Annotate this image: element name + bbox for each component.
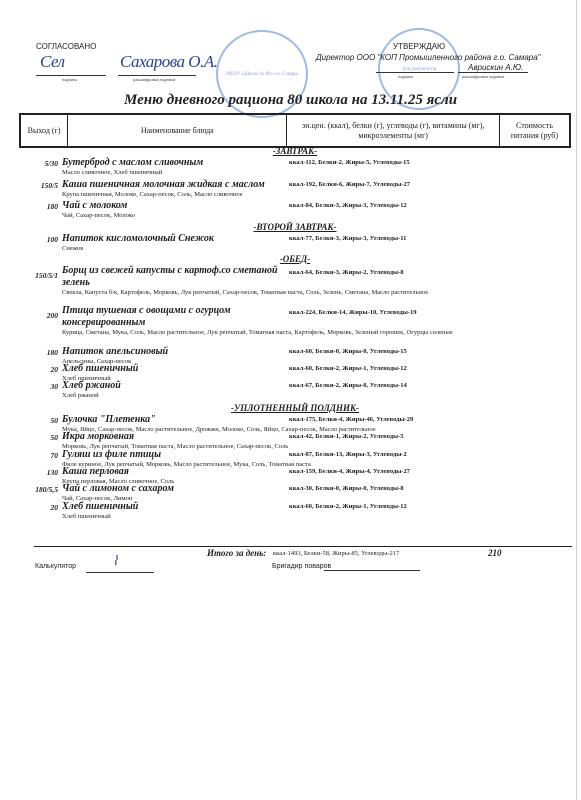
right-name-line [458, 72, 528, 73]
dish-output: 50 [0, 433, 58, 442]
dish-name: Хлеб пшеничный [62, 501, 292, 513]
dish-nutrition: ккал-60, Белки-2, Жиры-1, Углеводы-12 [289, 365, 407, 372]
dish-name: Икра морковная [62, 431, 292, 443]
dish-name: Чай с молоком [62, 200, 292, 212]
dish-composition: Масло сливочное, Хлеб пшеничный [62, 169, 502, 178]
calculator-signature: ⌇ [112, 553, 118, 569]
dish-composition: Хлеб ржаной [62, 392, 502, 401]
total-nutrition: ккал-1493, Белки-58, Жиры-85, Углеводы-2… [273, 550, 399, 557]
dish-nutrition: ккал-224, Белки-14, Жиры-10, Углеводы-19 [289, 309, 416, 316]
section-title: -ЗАВТРАК- [70, 146, 520, 156]
col-name-header: Наименование блюда [68, 114, 287, 147]
left-signature: Сел [40, 52, 65, 72]
dish-name: Каша пшеничная молочная жидкая с маслом [62, 179, 292, 191]
section-title: -ОБЕД- [70, 254, 520, 264]
dish-name: Борщ из свежей капусты с картоф.со смета… [62, 265, 292, 289]
section-title: -ВТОРОЙ ЗАВТРАК- [70, 222, 520, 232]
scan-edge [576, 0, 577, 800]
dish-output: 30 [0, 382, 58, 391]
dish-nutrition: ккал-60, Белки-2, Жиры-1, Углеводы-12 [289, 503, 407, 510]
dish-output: 180 [0, 348, 58, 357]
col-nutrition-header: эн.цен. (ккал), белки (г), углеводы (г),… [287, 114, 499, 147]
dish-output: 70 [0, 451, 58, 460]
dish-nutrition: ккал-67, Белки-2, Жиры-0, Углеводы-14 [289, 382, 407, 389]
dish-nutrition: ккал-175, Белки-4, Жиры-46, Углеводы-29 [289, 416, 413, 423]
left-sig-caption: подпись [62, 77, 77, 82]
dish-composition: Чай, Сахар-песок, Молоко [62, 212, 502, 221]
dish-output: 5/30 [0, 159, 58, 168]
total-divider [34, 546, 572, 547]
right-sig-caption: подпись [398, 74, 413, 79]
dish-name: Хлеб ржаной [62, 380, 292, 392]
left-name-handwritten: Сахарова О.А. [120, 52, 217, 72]
dish-name: Булочка "Плетенка" [62, 414, 292, 426]
total-cost: 210 [488, 548, 502, 558]
menu-table-header: Выход (г) Наименование блюда эн.цен. (кк… [19, 113, 571, 148]
total-label: Итого за день: [207, 548, 266, 558]
dish-nutrition: ккал-77, Белки-3, Жиры-3, Углеводы-11 [289, 235, 406, 242]
left-name-line [118, 75, 196, 76]
dish-output: 20 [0, 503, 58, 512]
dish-name: Напиток кисломолочный Снежок [62, 233, 292, 245]
dish-output: 150/5/1 [0, 271, 58, 280]
dish-output: 150/5 [0, 181, 58, 190]
dish-composition: Хлеб пшеничный [62, 513, 502, 522]
dish-output: 100 [0, 235, 58, 244]
dish-output: 180 [0, 202, 58, 211]
dish-nutrition: ккал-112, Белки-2, Жиры-5, Углеводы-15 [289, 159, 410, 166]
dish-output: 130 [0, 468, 58, 477]
dish-name: Напиток апельсиновый [62, 346, 292, 358]
col-output-header: Выход (г) [20, 114, 68, 147]
left-signature-line [36, 75, 106, 76]
col-cost-header: Стоимость питания (руб) [499, 114, 570, 147]
right-name: Аврискин А.Ю. [468, 63, 523, 72]
right-name-caption: расшифровка подписи [462, 74, 504, 79]
dish-output: 180/5,5 [0, 485, 58, 494]
dish-composition: Свекла, Капуста б/к, Картофель, Морковь,… [62, 289, 502, 298]
dish-nutrition: ккал-84, Белки-3, Жиры-3, Углеводы-12 [289, 202, 407, 209]
dish-name: Гуляш из филе птицы [62, 449, 292, 461]
dish-name: Хлеб пшеничный [62, 363, 292, 375]
dish-nutrition: ккал-30, Белки-0, Жиры-0, Углеводы-8 [289, 485, 403, 492]
dish-output: 20 [0, 365, 58, 374]
dish-nutrition: ккал-192, Белки-6, Жиры-7, Углеводы-27 [289, 181, 410, 188]
calculator-signature-line [86, 572, 154, 573]
chef-signature-line [324, 570, 420, 571]
calculator-label: Калькулятор [35, 563, 76, 570]
dish-composition: Снежок [62, 245, 502, 254]
dish-composition: Курица, Сметана, Мука, Соль, Масло расти… [62, 329, 502, 338]
dish-output: 50 [0, 416, 58, 425]
approval-right-label: УТВЕРЖДАЮ [393, 42, 445, 51]
dish-nutrition: ккал-159, Белки-4, Жиры-4, Углеводы-27 [289, 468, 410, 475]
approval-left-label: СОГЛАСОВАНО [36, 42, 96, 51]
dish-nutrition: ккал-60, Белки-0, Жиры-0, Углеводы-15 [289, 348, 407, 355]
dish-name: Птица тушеная с овощами с огурцом консер… [62, 305, 292, 329]
director-position: Директор ООО "КОП Промышленного района г… [316, 53, 541, 62]
dish-composition: Крупа пшеничная, Молоко, Сахар-песок, Со… [62, 191, 502, 200]
dish-nutrition: ккал-42, Белки-1, Жиры-2, Углеводы-5 [289, 433, 403, 440]
chef-label: Бригадир поваров [272, 563, 331, 570]
left-name-caption: расшифровка подписи [133, 77, 175, 82]
dish-name: Бутерброд с маслом сливочным [62, 157, 292, 169]
right-signature-line [376, 72, 454, 73]
section-title: -УПЛОТНЕННЫЙ ПОЛДНИК- [70, 403, 520, 413]
dish-nutrition: ккал-87, Белки-13, Жиры-3, Углеводы-2 [289, 451, 407, 458]
dish-name: Каша перловая [62, 466, 292, 478]
dish-nutrition: ккал-64, Белки-3, Жиры-2, Углеводы-8 [289, 269, 403, 276]
dish-name: Чай с лимоном с сахаром [62, 483, 292, 495]
dish-output: 200 [0, 311, 58, 320]
page-title: Меню дневного рациона 80 школа на 13.11.… [0, 92, 581, 109]
